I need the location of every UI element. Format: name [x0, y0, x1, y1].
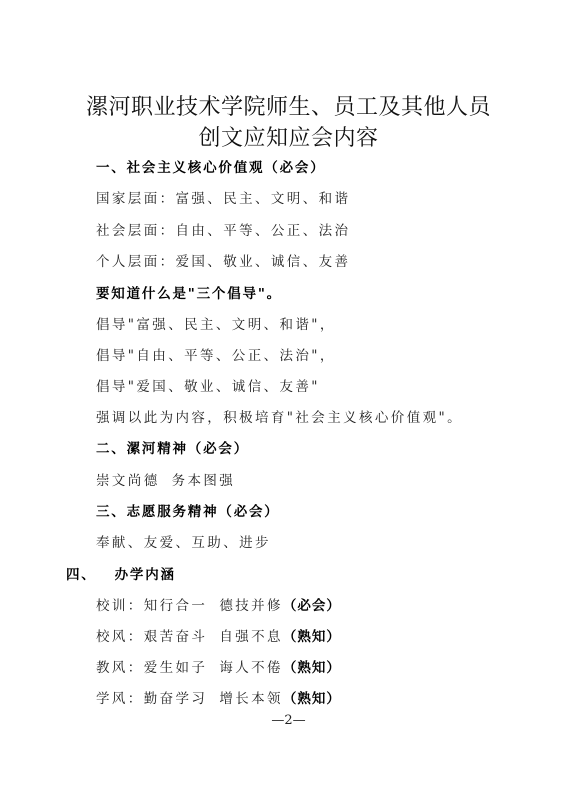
advocacy-line-2: 倡导"自由、平等、公正、法治"， [96, 344, 336, 364]
document-page: 漯河职业技术学院师生、员工及其他人员 创文应知应会内容 一、社会主义核心价值观（… [0, 0, 577, 795]
school-style-row: 校风：艰苦奋斗自强不息（熟知） [96, 625, 341, 645]
section-4-number: 四、 [66, 567, 97, 583]
style-tag: （熟知） [283, 629, 341, 645]
luohe-spirit-part1: 崇文尚德 [96, 473, 160, 489]
section-heading-volunteer-spirit: 三、志愿服务精神（必会） [96, 500, 280, 520]
study-part2: 增长本领 [219, 691, 283, 707]
teaching-part2: 诲人不倦 [219, 660, 283, 676]
section-heading-school-ethos: 四、办学内涵 [66, 563, 176, 583]
motto-tag: （必会） [283, 598, 341, 614]
study-tag: （熟知） [283, 691, 341, 707]
core-values-individual: 个人层面：爱国、敬业、诚信、友善 [96, 250, 350, 270]
section-4-title: 办学内涵 [115, 567, 176, 583]
core-values-national: 国家层面：富强、民主、文明、和谐 [96, 187, 350, 207]
volunteer-spirit-text: 奉献、友爱、互助、进步 [96, 531, 271, 551]
document-title-line1: 漯河职业技术学院师生、员工及其他人员 [0, 90, 577, 121]
section-heading-luohe-spirit: 二、漯河精神（必会） [96, 437, 249, 457]
section-heading-core-values: 一、社会主义核心价值观（必会） [96, 156, 326, 176]
study-label: 学风： [96, 691, 144, 707]
study-style-row: 学风：勤奋学习增长本领（熟知） [96, 687, 341, 707]
school-motto-row: 校训：知行合一德技并修（必会） [96, 594, 341, 614]
page-number: —2— [0, 713, 577, 728]
motto-part1: 知行合一 [144, 598, 208, 614]
teaching-part1: 爱生如子 [144, 660, 208, 676]
motto-part2: 德技并修 [219, 598, 283, 614]
luohe-spirit-text: 崇文尚德务本图强 [96, 469, 235, 489]
style-part2: 自强不息 [219, 629, 283, 645]
study-part1: 勤奋学习 [144, 691, 208, 707]
teaching-style-row: 教风：爱生如子诲人不倦（熟知） [96, 656, 341, 676]
style-part1: 艰苦奋斗 [144, 629, 208, 645]
section-heading-three-advocacies: 要知道什么是"三个倡导"。 [96, 282, 282, 302]
advocacy-summary: 强调以此为内容，积极培育"社会主义核心价值观"。 [96, 406, 463, 426]
luohe-spirit-part2: 务本图强 [172, 473, 236, 489]
core-values-social: 社会层面：自由、平等、公正、法治 [96, 219, 350, 239]
teaching-label: 教风： [96, 660, 144, 676]
teaching-tag: （熟知） [283, 660, 341, 676]
style-label: 校风： [96, 629, 144, 645]
document-title-line2: 创文应知应会内容 [0, 121, 577, 152]
motto-label: 校训： [96, 598, 144, 614]
advocacy-line-3: 倡导"爱国、敬业、诚信、友善" [96, 375, 320, 395]
advocacy-line-1: 倡导"富强、民主、文明、和谐"， [96, 313, 336, 333]
